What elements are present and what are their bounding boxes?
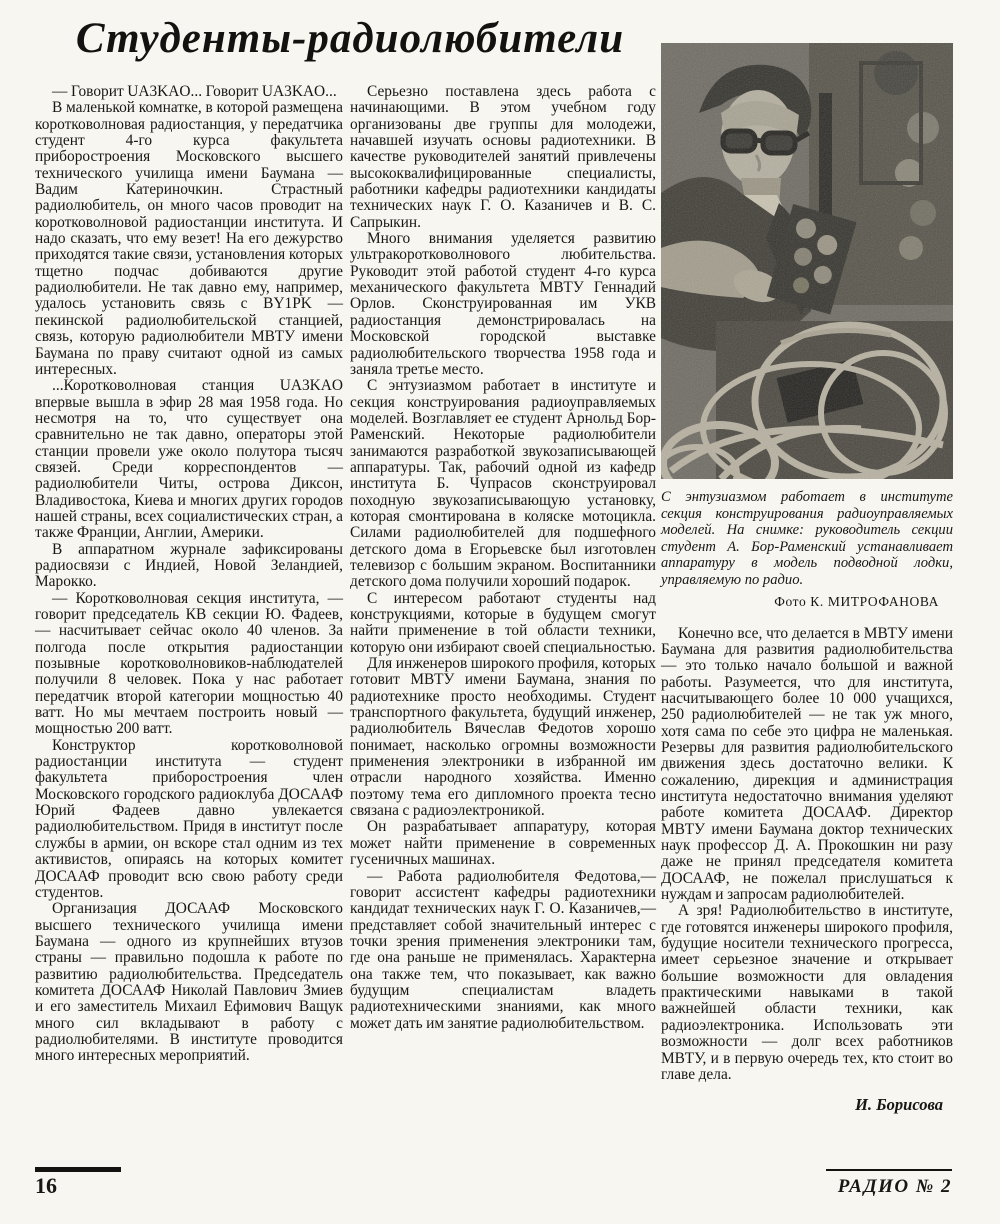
- article-title: Студенты-радиолюбители: [58, 14, 642, 63]
- photo-credit: Фото К. МИТРОФАНОВА: [661, 594, 939, 610]
- journal-title-block: РАДИО № 2: [826, 1169, 952, 1198]
- paragraph: В аппаратном журнале зафиксированы радио…: [35, 542, 343, 591]
- page-number-block: 16: [35, 1167, 121, 1199]
- paragraph: А зря! Радиолюбительство в институте, гд…: [661, 903, 953, 1083]
- paragraph: — Говорит UA3KAO... Говорит UA3KAO...: [35, 84, 343, 100]
- article-photo: [661, 43, 953, 479]
- footer-rule-left: [35, 1167, 121, 1172]
- paragraph: С энтузиазмом работает в институте и сек…: [350, 378, 656, 590]
- paragraph: Конструктор коротковолновой радиостанции…: [35, 738, 343, 901]
- paragraph: Серьезно поставлена здесь работа с начин…: [350, 84, 656, 231]
- author-byline: И. Борисова: [661, 1095, 943, 1115]
- footer-rule-right: [826, 1169, 952, 1171]
- text-column-2: Серьезно поставлена здесь работа с начин…: [350, 84, 656, 1032]
- paragraph: Для инженеров широкого профиля, которых …: [350, 656, 656, 819]
- paragraph: — Коротковолновая секция института, — го…: [35, 591, 343, 738]
- column-3-text: Конечно все, что делается в МВТУ имени Б…: [661, 626, 953, 1084]
- paragraph: Много внимания уделяется развитию ультра…: [350, 231, 656, 378]
- magazine-page: Студенты-радиолюбители — Говорит UA3KAO.…: [0, 0, 1000, 1224]
- paragraph: В маленькой комнатке, в которой размещен…: [35, 100, 343, 378]
- text-column-1: — Говорит UA3KAO... Говорит UA3KAO...В м…: [35, 84, 343, 1065]
- journal-title: РАДИО № 2: [826, 1176, 952, 1198]
- photo-caption: С энтузиазмом работает в институте секци…: [661, 489, 953, 589]
- paragraph: Он разрабатывает аппаратуру, которая мож…: [350, 819, 656, 868]
- paragraph: ...Коротковолновая станция UA3KAO впервы…: [35, 378, 343, 541]
- paragraph: Конечно все, что делается в МВТУ имени Б…: [661, 626, 953, 904]
- page-number: 16: [35, 1173, 121, 1199]
- paragraph: С интересом работают студенты над констр…: [350, 591, 656, 656]
- text-column-3: С энтузиазмом работает в институте секци…: [661, 43, 953, 1115]
- paragraph: — Работа радиолюбителя Федотова,— говори…: [350, 869, 656, 1032]
- paragraph: Организация ДОСААФ Московского высшего т…: [35, 901, 343, 1064]
